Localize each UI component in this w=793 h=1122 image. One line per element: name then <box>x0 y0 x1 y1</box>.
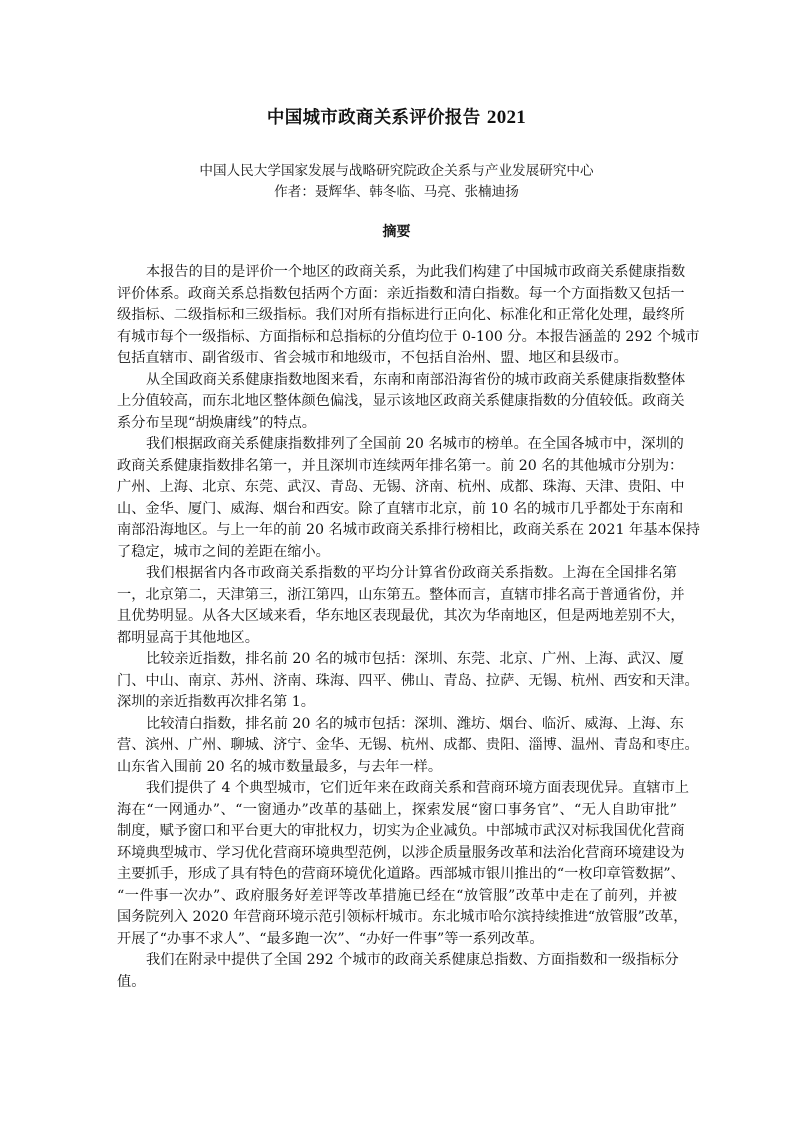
paragraph-line: 南部沿海地区。与上一年的前 20 名城市政商关系排行榜相比，政商关系在 2021… <box>117 520 677 542</box>
paragraph: 比较清白指数，排名前 20 名的城市包括：深圳、潍坊、烟台、临沂、威海、上海、东… <box>117 714 677 779</box>
paragraph-line: 了稳定，城市之间的差距在缩小。 <box>117 542 677 564</box>
document-title: 中国城市政商关系评价报告 2021 <box>0 104 793 129</box>
paragraph-line: 主要抓手，形成了具有特色的营商环境优化道路。西部城市银川推出的“一枚印章管数据”… <box>117 864 677 886</box>
paragraph-line: 级指标、二级指标和三级指标。我们对所有指标进行正向化、标准化和正常化处理，最终所 <box>117 305 677 327</box>
paragraph-line: 国务院列入 2020 年营商环境示范引领标杆城市。东北城市哈尔滨持续推进“放管服… <box>117 907 677 929</box>
title-year: 2021 <box>487 107 526 128</box>
paragraph-line: 营、滨州、广州、聊城、济宁、金华、无锡、杭州、成都、贵阳、淄博、温州、青岛和枣庄… <box>117 735 677 757</box>
paragraph-line: 开展了“办事不求人”、“最多跑一次”、“办好一件事”等一系列改革。 <box>117 929 677 951</box>
title-text: 中国城市政商关系评价报告 <box>267 108 481 128</box>
paragraph-line: 比较亲近指数，排名前 20 名的城市包括：深圳、东莞、北京、广州、上海、武汉、厦 <box>117 649 677 671</box>
paragraph-line: 且优势明显。从各大区域来看，华东地区表现最优，其次为华南地区，但是两地差别不大， <box>117 606 677 628</box>
affiliation: 中国人民大学国家发展与战略研究院政企关系与产业发展研究中心 <box>0 161 793 182</box>
paragraph-line: 山东省入围前 20 名的城市数量最多，与去年一样。 <box>117 757 677 779</box>
paragraph-line: 有城市每个一级指标、方面指标和总指标的分值均位于 0-100 分。本报告涵盖的 … <box>117 327 677 349</box>
paragraph-line: 一，北京第二，天津第三，浙江第四，山东第五。整体而言，直辖市排名高于普通省份，并 <box>117 585 677 607</box>
paragraph: 我们在附录中提供了全国 292 个城市的政商关系健康总指数、方面指数和一级指标分… <box>117 950 677 993</box>
paragraph-line: 环境典型城市、学习优化营商环境典型范例，以涉企质量服务改革和法治化营商环境建设为 <box>117 843 677 865</box>
paragraph: 比较亲近指数，排名前 20 名的城市包括：深圳、东莞、北京、广州、上海、武汉、厦… <box>117 649 677 714</box>
authors: 作者：聂辉华、韩冬临、马亮、张楠迪扬 <box>0 182 793 203</box>
paragraph-line: 系分布呈现“胡焕庸线”的特点。 <box>117 413 677 435</box>
paragraph-line: 我们提供了 4 个典型城市，它们近年来在政商关系和营商环境方面表现优异。直辖市上 <box>117 778 677 800</box>
paragraph-line: 海在“一网通办”、“一窗通办”改革的基础上，探索发展“窗口事务官”、“无人自助审… <box>117 800 677 822</box>
affiliation-block: 中国人民大学国家发展与战略研究院政企关系与产业发展研究中心 作者：聂辉华、韩冬临… <box>0 161 793 203</box>
paragraph-line: 制度，赋予窗口和平台更大的审批权力，切实为企业减负。中部城市武汉对标我国优化营商 <box>117 821 677 843</box>
paragraph-line: 本报告的目的是评价一个地区的政商关系，为此我们构建了中国城市政商关系健康指数 <box>117 262 677 284</box>
paragraph-line: 我们根据政商关系健康指数排列了全国前 20 名城市的榜单。在全国各城市中，深圳的 <box>117 434 677 456</box>
paragraph-line: 值。 <box>117 972 677 994</box>
paragraph-line: 包括直辖市、副省级市、省会城市和地级市，不包括自治州、盟、地区和县级市。 <box>117 348 677 370</box>
abstract-body: 本报告的目的是评价一个地区的政商关系，为此我们构建了中国城市政商关系健康指数评价… <box>117 262 677 993</box>
paragraph: 本报告的目的是评价一个地区的政商关系，为此我们构建了中国城市政商关系健康指数评价… <box>117 262 677 370</box>
paragraph-line: 政商关系健康指数排名第一，并且深圳市连续两年排名第一。前 20 名的其他城市分别… <box>117 456 677 478</box>
paragraph-line: 我们在附录中提供了全国 292 个城市的政商关系健康总指数、方面指数和一级指标分 <box>117 950 677 972</box>
abstract-heading: 摘要 <box>0 221 793 241</box>
paragraph-line: 评价体系。政商关系总指数包括两个方面：亲近指数和清白指数。每一个方面指数又包括一 <box>117 284 677 306</box>
paragraph-line: 山、金华、厦门、威海、烟台和西安。除了直辖市北京，前 10 名的城市几乎都处于东… <box>117 499 677 521</box>
paragraph-line: 从全国政商关系健康指数地图来看，东南和南部沿海省份的城市政商关系健康指数整体 <box>117 370 677 392</box>
paragraph-line: 广州、上海、北京、东莞、武汉、青岛、无锡、济南、杭州、成都、珠海、天津、贵阳、中 <box>117 477 677 499</box>
paragraph: 我们根据省内各市政商关系指数的平均分计算省份政商关系指数。上海在全国排名第一，北… <box>117 563 677 649</box>
paragraph-line: 比较清白指数，排名前 20 名的城市包括：深圳、潍坊、烟台、临沂、威海、上海、东 <box>117 714 677 736</box>
paragraph-line: 门、中山、南京、苏州、济南、珠海、四平、佛山、青岛、拉萨、无锡、杭州、西安和天津… <box>117 671 677 693</box>
paragraph-line: 我们根据省内各市政商关系指数的平均分计算省份政商关系指数。上海在全国排名第 <box>117 563 677 585</box>
paragraph: 我们提供了 4 个典型城市，它们近年来在政商关系和营商环境方面表现优异。直辖市上… <box>117 778 677 950</box>
paragraph: 从全国政商关系健康指数地图来看，东南和南部沿海省份的城市政商关系健康指数整体上分… <box>117 370 677 435</box>
paragraph-line: 上分值较高，而东北地区整体颜色偏浅，显示该地区政商关系健康指数的分值较低。政商关 <box>117 391 677 413</box>
paragraph-line: 深圳的亲近指数再次排名第 1。 <box>117 692 677 714</box>
paragraph-line: “一件事一次办”、政府服务好差评等改革措施已经在“放管服”改革中走在了前列，并被 <box>117 886 677 908</box>
paragraph: 我们根据政商关系健康指数排列了全国前 20 名城市的榜单。在全国各城市中，深圳的… <box>117 434 677 563</box>
paragraph-line: 都明显高于其他地区。 <box>117 628 677 650</box>
